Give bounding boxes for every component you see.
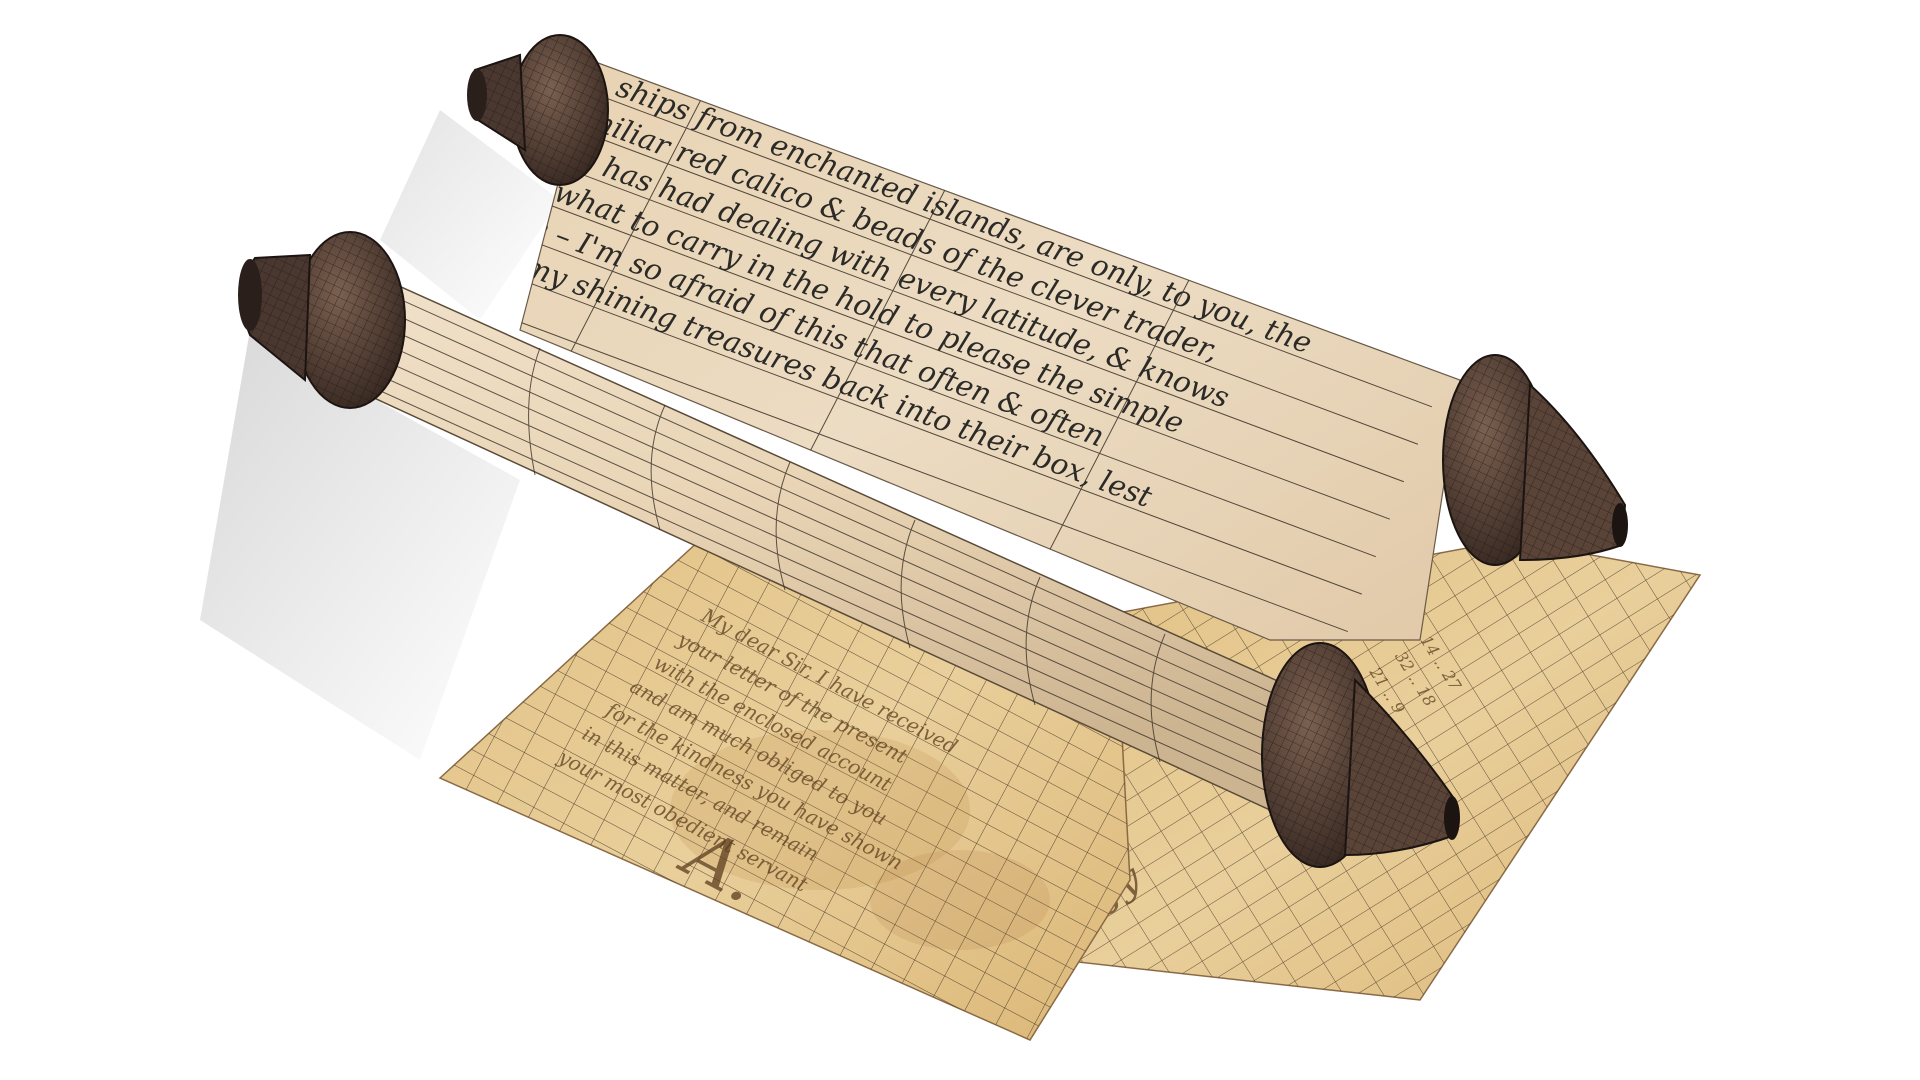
scroll-scene: 14 .. 27 32 .. 18 21 .. 9 47 .. 12 Jy My… [0, 0, 1920, 1080]
back-roller-right-finial [1443, 355, 1628, 565]
scroll-illustration: 14 .. 27 32 .. 18 21 .. 9 47 .. 12 Jy My… [0, 0, 1920, 1080]
